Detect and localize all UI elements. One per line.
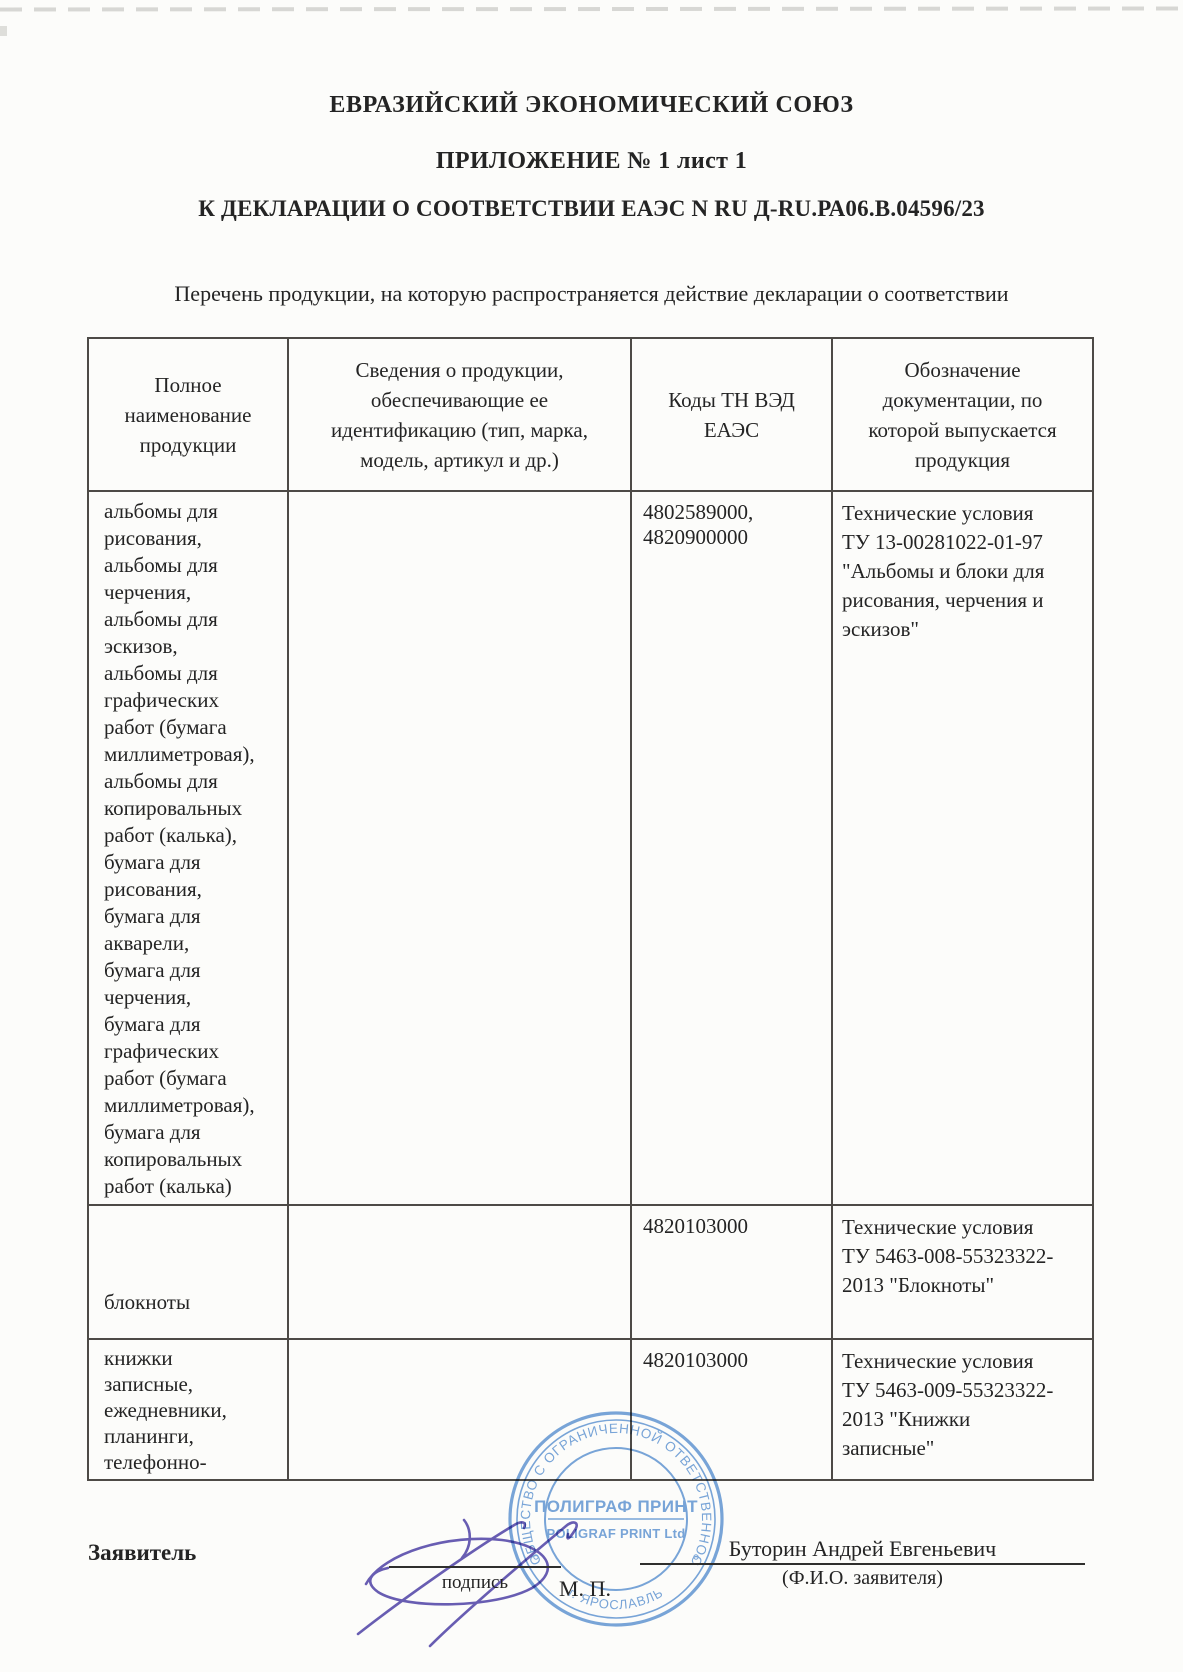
product-list-intro: Перечень продукции, на которую распростр… xyxy=(89,281,1094,307)
tnved-codes-cell: 4802589000, 4820900000 xyxy=(631,491,832,1205)
applicant-name-line xyxy=(640,1563,1085,1565)
table-row: альбомы для рисования, альбомы для черче… xyxy=(88,491,1093,1205)
scan-mark xyxy=(0,26,7,36)
product-table: Полное наименование продукции Сведения о… xyxy=(87,337,1094,1481)
applicant-name: Буторин Андрей Евгеньевич xyxy=(640,1536,1085,1562)
document-title-declaration-number: К ДЕКЛАРАЦИИ О СООТВЕТСТВИИ ЕАЭС N RU Д-… xyxy=(89,196,1094,222)
column-header-product-info: Сведения о продукции, обеспечивающие ее … xyxy=(288,338,631,491)
signature-line xyxy=(389,1566,561,1568)
product-name-cell: блокноты xyxy=(88,1205,288,1339)
document-title-union: ЕВРАЗИЙСКИЙ ЭКОНОМИЧЕСКИЙ СОЮЗ xyxy=(89,92,1094,119)
column-header-documentation: Обозначение документации, по которой вып… xyxy=(832,338,1093,491)
documentation-cell: Технические условия ТУ 5463-009-55323322… xyxy=(832,1339,1093,1480)
seal-place-label: М. П. xyxy=(559,1576,611,1602)
column-header-product-name: Полное наименование продукции xyxy=(88,338,288,491)
documentation-cell: Технические условия ТУ 13-00281022-01-97… xyxy=(832,491,1093,1205)
documentation-cell: Технические условия ТУ 5463-008-55323322… xyxy=(832,1205,1093,1339)
document-title-appendix: ПРИЛОЖЕНИЕ № 1 лист 1 xyxy=(89,148,1094,175)
product-name-cell: книжки записные, ежедневники, планинги, … xyxy=(88,1339,288,1480)
table-header-row: Полное наименование продукции Сведения о… xyxy=(88,338,1093,491)
product-info-cell xyxy=(288,491,631,1205)
table-row: блокноты 4820103000 Технические условия … xyxy=(88,1205,1093,1339)
signature-caption: подпись xyxy=(389,1572,561,1594)
column-header-tnved-codes: Коды ТН ВЭД ЕАЭС xyxy=(631,338,832,491)
applicant-label: Заявитель xyxy=(88,1540,196,1566)
scan-edge-artifact xyxy=(0,6,1183,11)
scanned-document-page: ЕВРАЗИЙСКИЙ ЭКОНОМИЧЕСКИЙ СОЮЗ ПРИЛОЖЕНИ… xyxy=(0,0,1183,1672)
applicant-name-caption: (Ф.И.О. заявителя) xyxy=(640,1567,1085,1590)
product-info-cell xyxy=(288,1205,631,1339)
tnved-codes-cell: 4820103000 xyxy=(631,1205,832,1339)
product-name-cell: альбомы для рисования, альбомы для черче… xyxy=(88,491,288,1205)
